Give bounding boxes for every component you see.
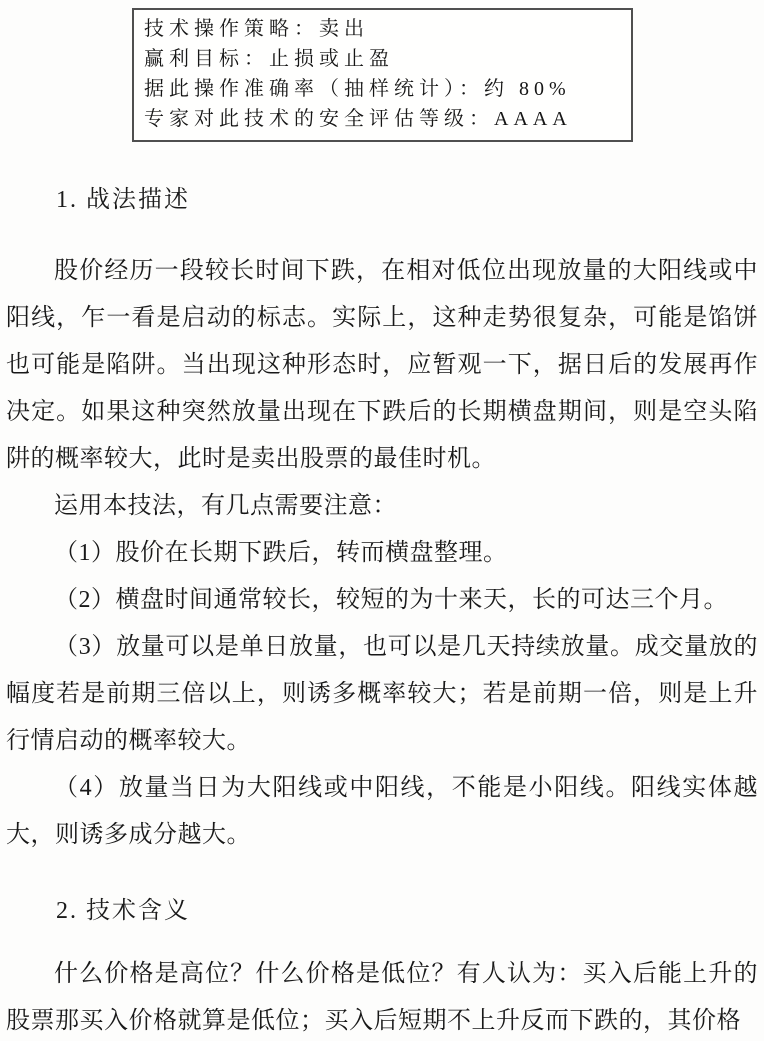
section-1-list-item-4: （4）放量当日为大阳线或中阳线，不能是小阳线。阳线实体越大，则诱多成分越大。 — [6, 765, 758, 859]
strategy-info-box: 技术操作策略：卖出 赢利目标：止损或止盈 据此操作准确率（抽样统计）：约 80%… — [132, 8, 633, 142]
info-line-strategy: 技术操作策略：卖出 — [144, 14, 621, 44]
section-1-paragraph-1: 股价经历一段较长时间下跌，在相对低位出现放量的大阳线或中阳线，乍一看是启动的标志… — [6, 248, 758, 483]
section-1-heading: 1. 战法描述 — [56, 182, 758, 218]
section-1-list-item-2: （2）横盘时间通常较长，较短的为十来天，长的可达三个月。 — [6, 577, 758, 624]
section-1-list-item-3: （3）放量可以是单日放量，也可以是几天持续放量。成交量放的幅度若是前期三倍以上，… — [6, 624, 758, 765]
section-1-list-item-1: （1）股价在长期下跌后，转而横盘整理。 — [6, 530, 758, 577]
info-line-safety-rating: 专家对此技术的安全评估等级：AAAA — [144, 104, 621, 134]
section-2-paragraph-1: 什么价格是高位？什么价格是低位？有人认为：买入后能上升的股票那买入价格就算是低位… — [6, 951, 758, 1041]
section-1-paragraph-2: 运用本技法，有几点需要注意： — [6, 483, 758, 530]
document-page: 技术操作策略：卖出 赢利目标：止损或止盈 据此操作准确率（抽样统计）：约 80%… — [0, 0, 764, 1041]
info-line-profit-target: 赢利目标：止损或止盈 — [144, 44, 621, 74]
section-2-heading: 2. 技术含义 — [56, 893, 758, 929]
info-line-accuracy: 据此操作准确率（抽样统计）：约 80% — [144, 74, 621, 104]
